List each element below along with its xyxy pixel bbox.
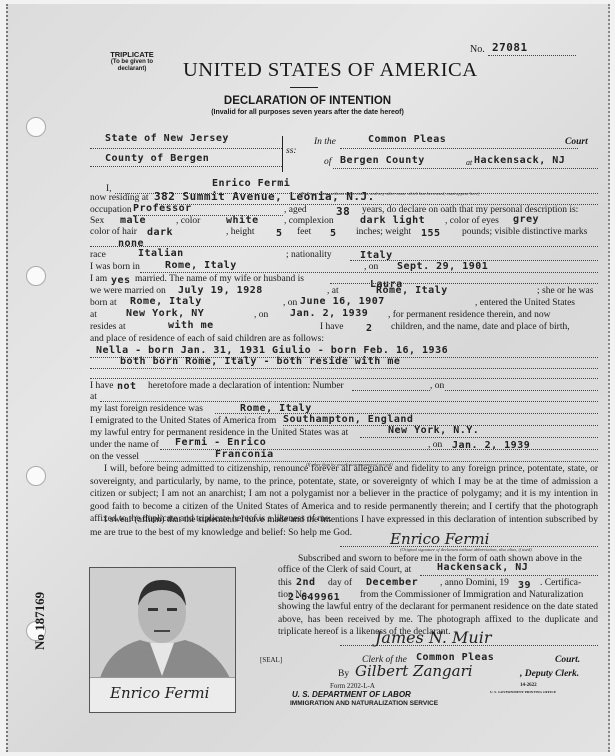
photo-signature: Enrico Fermi <box>110 684 209 702</box>
seal-label: [SEAL] <box>260 655 282 666</box>
marriage-date: July 19, 1928 <box>178 285 263 296</box>
number-label: No. <box>470 44 485 55</box>
declarant-address: 382 Summit Avenue, Leonia, N.J. <box>154 190 375 203</box>
entry-name: Fermi - Enrico <box>175 437 266 448</box>
color: white <box>226 215 259 226</box>
height-feet: 5 <box>276 228 283 239</box>
declarant-name: Enrico Fermi <box>212 178 290 189</box>
portrait-image <box>90 568 235 678</box>
punch-hole <box>26 466 46 486</box>
declarant-photo: Enrico Fermi <box>89 567 236 713</box>
form-number: Form 2202-L-A <box>330 682 375 690</box>
certification-month: December <box>366 577 418 588</box>
birthplace: Rome, Italy <box>165 260 237 271</box>
deputy-signature: Gilbert Zangari <box>355 662 473 680</box>
entry-place: New York, N.Y. <box>388 425 479 436</box>
spouse-entry-date: Jan. 2, 1939 <box>290 308 368 319</box>
printer-name: U. S. GOVERNMENT PRINTING OFFICE <box>490 690 556 694</box>
certification-location: Hackensack, NJ <box>437 562 528 573</box>
marriage-place: Rome, Italy <box>376 285 448 296</box>
age: 38 <box>336 205 350 218</box>
spouse-entry-place: New York, NY <box>126 308 204 319</box>
spouse-birth-date: June 16, 1907 <box>300 296 385 307</box>
document-number: 27081 <box>492 41 528 54</box>
emigrated-from: Southampton, England <box>283 414 413 425</box>
vessel-name: Franconia <box>215 449 274 460</box>
document-subtitle: DECLARATION OF INTENTION <box>0 95 615 107</box>
spouse-birthplace: Rome, Italy <box>130 296 202 307</box>
eye-color: grey <box>513 214 539 225</box>
sex: male <box>120 215 146 226</box>
copy-note: (To be given to declarant) <box>100 59 164 73</box>
photo-signature-area: Enrico Fermi <box>90 677 235 712</box>
venue-state: State of New Jersey <box>105 133 229 144</box>
children-details-line-2: both born Rome, Italy - both reside with… <box>120 356 400 367</box>
children-details-line-1: Nella - born Jan. 31, 1931 Giulio - born… <box>96 345 448 356</box>
certification-day: 2nd <box>296 577 316 588</box>
venue-bracket <box>282 136 283 172</box>
court-name: Common Pleas <box>368 134 446 145</box>
service-name: IMMIGRATION AND NATURALIZATION SERVICE <box>290 700 438 707</box>
court-location: Hackensack, NJ <box>474 155 565 166</box>
occupation: Professor <box>133 203 192 214</box>
department-name: U. S. DEPARTMENT OF LABOR <box>292 690 411 699</box>
validity-note: (Invalid for all purposes seven years af… <box>0 109 615 116</box>
document-title: UNITED STATES OF AMERICA <box>183 59 478 82</box>
height-inches: 5 <box>330 228 337 239</box>
punch-hole <box>26 117 46 137</box>
title-divider <box>290 87 318 88</box>
spouse-residence: with me <box>168 320 214 331</box>
court-county: Bergen County <box>340 155 425 166</box>
married-status: yes <box>111 275 131 286</box>
copy-label: TRIPLICATE <box>96 50 168 59</box>
race: Italian <box>138 248 184 259</box>
print-code: 14-2622 <box>520 683 537 688</box>
punch-hole <box>26 266 46 286</box>
venue-county: County of Bergen <box>105 153 209 164</box>
birth-date: Sept. 29, 1901 <box>397 261 488 272</box>
photo-serial-number: No 187169 <box>32 592 48 650</box>
weight: 155 <box>421 228 441 239</box>
oath-paragraph: I swear (affirm) that the statements I h… <box>90 514 598 539</box>
prior-declaration: not <box>117 381 137 392</box>
children-count: 2 <box>366 323 373 334</box>
complexion: dark light <box>360 215 425 226</box>
hair-color: dark <box>147 227 173 238</box>
